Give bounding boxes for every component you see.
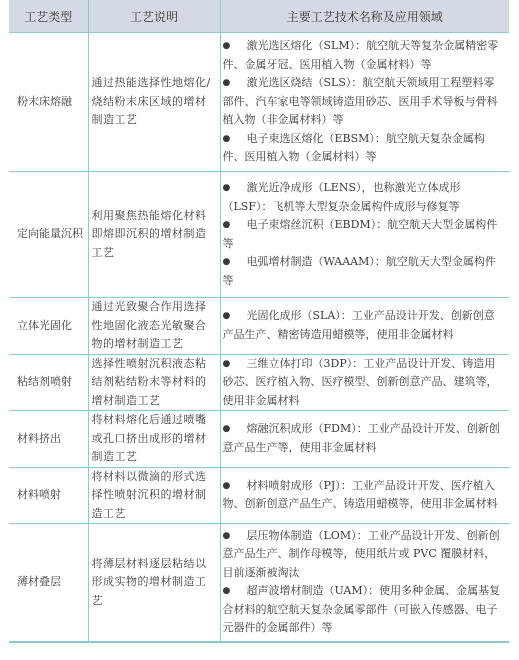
table-row: 立体光固化 通过光致聚合作用选择性地固化液态光敏聚合物的增材制造工艺 ●光固化成… [9,298,509,355]
application-item: ●层压物体制造（LOM）：工业产品设计开发、创新创意产品生产、制作母模等，使用纸… [223,527,504,583]
application-item: ●光固化成形（SLA）：工业产品设计开发、创新创意产品生产、精密铸造用蜡模等，使… [223,307,504,344]
table-row: 粘结剂喷射 选择性喷射沉积液态粘结剂粘结粉末等材料的增材制造工艺 ●三维立体打印… [9,354,509,411]
bullet-icon: ● [223,527,247,546]
cell-process-description: 通过光致聚合作用选择性地固化液态光敏聚合物的增材制造工艺 [88,298,220,355]
application-item: ●激光选区烧结（SLS）：航空航天领域用工程塑料零部件、汽车家电等领域铸造用砂芯… [223,74,504,130]
bullet-icon: ● [223,216,247,235]
table-row: 粉末床熔融 通过热能选择性地熔化/烧结粉末床区域的增材制造工艺 ●激光选区熔化（… [9,33,509,172]
cell-process-type: 薄材叠层 [9,524,88,642]
application-item: ●三维立体打印（3DP）：工业产品设计开发、铸造用砂芯、医疗植入物、医疗模型、创… [223,355,504,411]
cell-applications: ●层压物体制造（LOM）：工业产品设计开发、创新创意产品生产、制作母模等，使用纸… [220,524,509,642]
cell-process-type: 粉末床熔融 [9,33,88,172]
cell-applications: ●熔融沉积成形（FDM）：工业产品设计开发、创新创意产品生产等，使用非金属材料 [220,411,509,468]
bullet-icon: ● [223,477,247,496]
application-item: ●激光近净成形（LENS），也称激光立体成形（LSF）：飞机等大型复杂金属构件成… [223,179,504,216]
bullet-icon: ● [223,74,247,93]
cell-process-description: 将薄层材料逐层粘结以形成实物的增材制造工艺 [88,524,220,642]
cell-process-description: 选择性喷射沉积液态粘结剂粘结粉末等材料的增材制造工艺 [88,354,220,411]
header-process-type: 工艺类型 [9,0,88,33]
application-item: ●电子束选区熔化（EBSM）：航空航天复杂金属构件、医用植入物（金属材料）等 [223,130,504,167]
cell-process-description: 利用聚焦热能熔化材料即熔即沉积的增材制造工艺 [88,172,220,298]
application-item: ●材料喷射成形（PJ）：工业产品设计开发、医疗植入 物、创新创意产品生产、铸造用… [223,477,504,514]
cell-process-type: 立体光固化 [9,298,88,355]
application-item: ●熔融沉积成形（FDM）：工业产品设计开发、创新创意产品生产等，使用非金属材料 [223,420,504,457]
table-header-row: 工艺类型 工艺说明 主要工艺技术名称及应用领域 [9,0,509,33]
table-row: 材料挤出 将材料熔化后通过喷嘴或孔口挤出成形的增材制造工艺 ●熔融沉积成形（FD… [9,411,509,468]
application-item: ●电弧增材制造（WAAAM）：航空航天大型金属构件等 [223,253,504,290]
header-technologies-applications: 主要工艺技术名称及应用领域 [220,0,509,33]
bullet-icon: ● [223,179,247,198]
cell-applications: ●光固化成形（SLA）：工业产品设计开发、创新创意产品生产、精密铸造用蜡模等，使… [220,298,509,355]
additive-manufacturing-process-table: 工艺类型 工艺说明 主要工艺技术名称及应用领域 粉末床熔融 通过热能选择性地熔化… [9,0,509,643]
header-process-description: 工艺说明 [88,0,220,33]
cell-applications: ●激光选区熔化（SLM）：航空航天等复杂金属精密零件、金属牙冠、医用植入物（金属… [220,33,509,172]
cell-process-type: 粘结剂喷射 [9,354,88,411]
bullet-icon: ● [223,130,247,149]
cell-process-description: 通过热能选择性地熔化/烧结粉末床区域的增材制造工艺 [88,33,220,172]
application-item: ●激光选区熔化（SLM）：航空航天等复杂金属精密零件、金属牙冠、医用植入物（金属… [223,37,504,74]
cell-applications: ●激光近净成形（LENS），也称激光立体成形（LSF）：飞机等大型复杂金属构件成… [220,172,509,298]
cell-applications: ●材料喷射成形（PJ）：工业产品设计开发、医疗植入 物、创新创意产品生产、铸造用… [220,467,509,524]
bullet-icon: ● [223,355,247,374]
cell-process-description: 将材料熔化后通过喷嘴或孔口挤出成形的增材制造工艺 [88,411,220,468]
bullet-icon: ● [223,420,247,439]
bullet-icon: ● [223,253,247,272]
cell-applications: ●三维立体打印（3DP）：工业产品设计开发、铸造用砂芯、医疗植入物、医疗模型、创… [220,354,509,411]
table-row: 材料喷射 将材料以微滴的形式选择性喷射沉积的增材制造工艺 ●材料喷射成形（PJ）… [9,467,509,524]
cell-process-type: 材料喷射 [9,467,88,524]
application-item: ●超声波增材制造（UAM）：使用多种金属、金属基复合材料的航空航天复杂金属零部件… [223,582,504,638]
bullet-icon: ● [223,307,247,326]
table-row: 定向能量沉积 利用聚焦热能熔化材料即熔即沉积的增材制造工艺 ●激光近净成形（LE… [9,172,509,298]
bullet-icon: ● [223,37,247,56]
cell-process-type: 材料挤出 [9,411,88,468]
table-row: 薄材叠层 将薄层材料逐层粘结以形成实物的增材制造工艺 ●层压物体制造（LOM）：… [9,524,509,642]
cell-process-type: 定向能量沉积 [9,172,88,298]
application-item: ●电子束熔丝沉积（EBDM）：航空航天大型金属构件等 [223,216,504,253]
bullet-icon: ● [223,582,247,601]
cell-process-description: 将材料以微滴的形式选择性喷射沉积的增材制造工艺 [88,467,220,524]
